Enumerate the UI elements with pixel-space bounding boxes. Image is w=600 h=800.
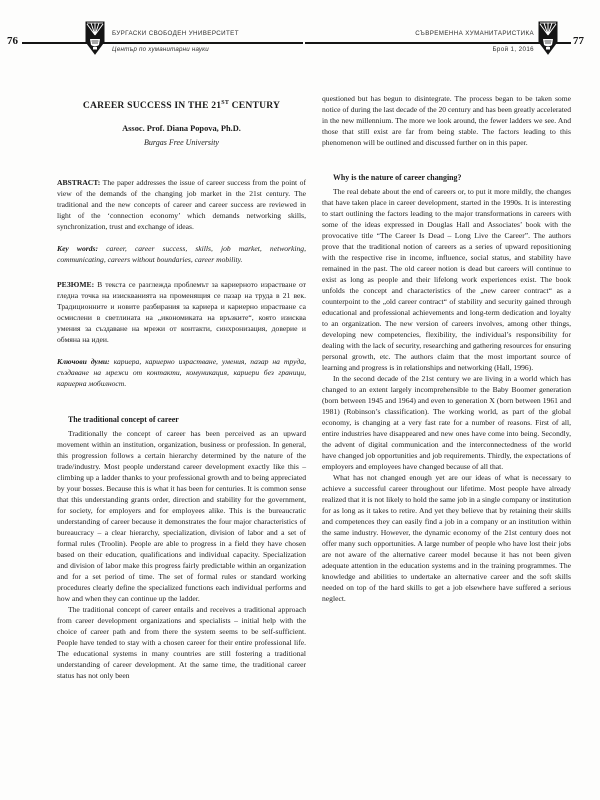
body-paragraph: The real debate about the end of careers… xyxy=(322,186,571,373)
department-name: Център по хуманитарни науки xyxy=(112,46,209,53)
university-crest-icon xyxy=(537,21,559,60)
header-rule-right xyxy=(305,42,571,44)
article-title-text: CAREER SUCCESS IN THE 21 xyxy=(83,100,221,111)
journal-issue: Брой 1, 2016 xyxy=(430,46,534,53)
article-author: Assoc. Prof. Diana Popova, Ph.D. xyxy=(57,123,306,134)
keywords-label: Key words: xyxy=(57,244,98,253)
abstract-label: ABSTRACT: xyxy=(57,178,100,187)
abstract-paragraph: ABSTRACT: The paper addresses the issue … xyxy=(57,177,306,232)
page-number-left: 76 xyxy=(7,35,18,47)
page-number-right: 77 xyxy=(573,35,584,47)
keywords-bg-label: Ключови думи: xyxy=(57,357,110,366)
continuation-paragraph: questioned but has begun to disintegrate… xyxy=(322,93,571,148)
body-paragraph: Traditionally the concept of career has … xyxy=(57,428,306,604)
article-title-text-end: CENTURY xyxy=(229,100,280,111)
university-crest-icon xyxy=(84,21,106,60)
article-affiliation: Burgas Free University xyxy=(57,137,306,148)
journal-title: СЪВРЕМЕННА ХУМАНИТАРИСТИКА xyxy=(330,30,534,37)
resume-paragraph: РЕЗЮМЕ: В текста се разглежда проблемът … xyxy=(57,279,306,345)
body-paragraph: What has not changed enough yet are our … xyxy=(322,472,571,604)
institution-name: БУРГАСКИ СВОБОДЕН УНИВЕРСИТЕТ xyxy=(112,30,239,37)
article-title: CAREER SUCCESS IN THE 21ST CENTURY xyxy=(57,97,306,112)
header-rule-left xyxy=(22,42,303,44)
article-title-superscript: ST xyxy=(221,100,229,106)
keywords-paragraph: Key words: career, career success, skill… xyxy=(57,243,306,265)
body-paragraph: The traditional concept of career entail… xyxy=(57,604,306,681)
journal-spread: 76 БУРГАСКИ СВОБОДЕН УНИВЕРСИТЕТ Център … xyxy=(0,0,600,800)
left-page-column: CAREER SUCCESS IN THE 21ST CENTURY Assoc… xyxy=(57,97,306,681)
resume-label: РЕЗЮМЕ: xyxy=(57,280,94,289)
section-heading-nature-of-career: Why is the nature of career changing? xyxy=(322,172,571,183)
right-page-column: questioned but has begun to disintegrate… xyxy=(322,93,571,604)
body-paragraph: In the second decade of the 21st century… xyxy=(322,373,571,472)
keywords-bg-paragraph: Ключови думи: кариера, кариерно израства… xyxy=(57,356,306,389)
resume-text: В текста се разглежда проблемът за карие… xyxy=(57,280,306,344)
section-heading-traditional-concept: The traditional concept of career xyxy=(57,414,306,425)
